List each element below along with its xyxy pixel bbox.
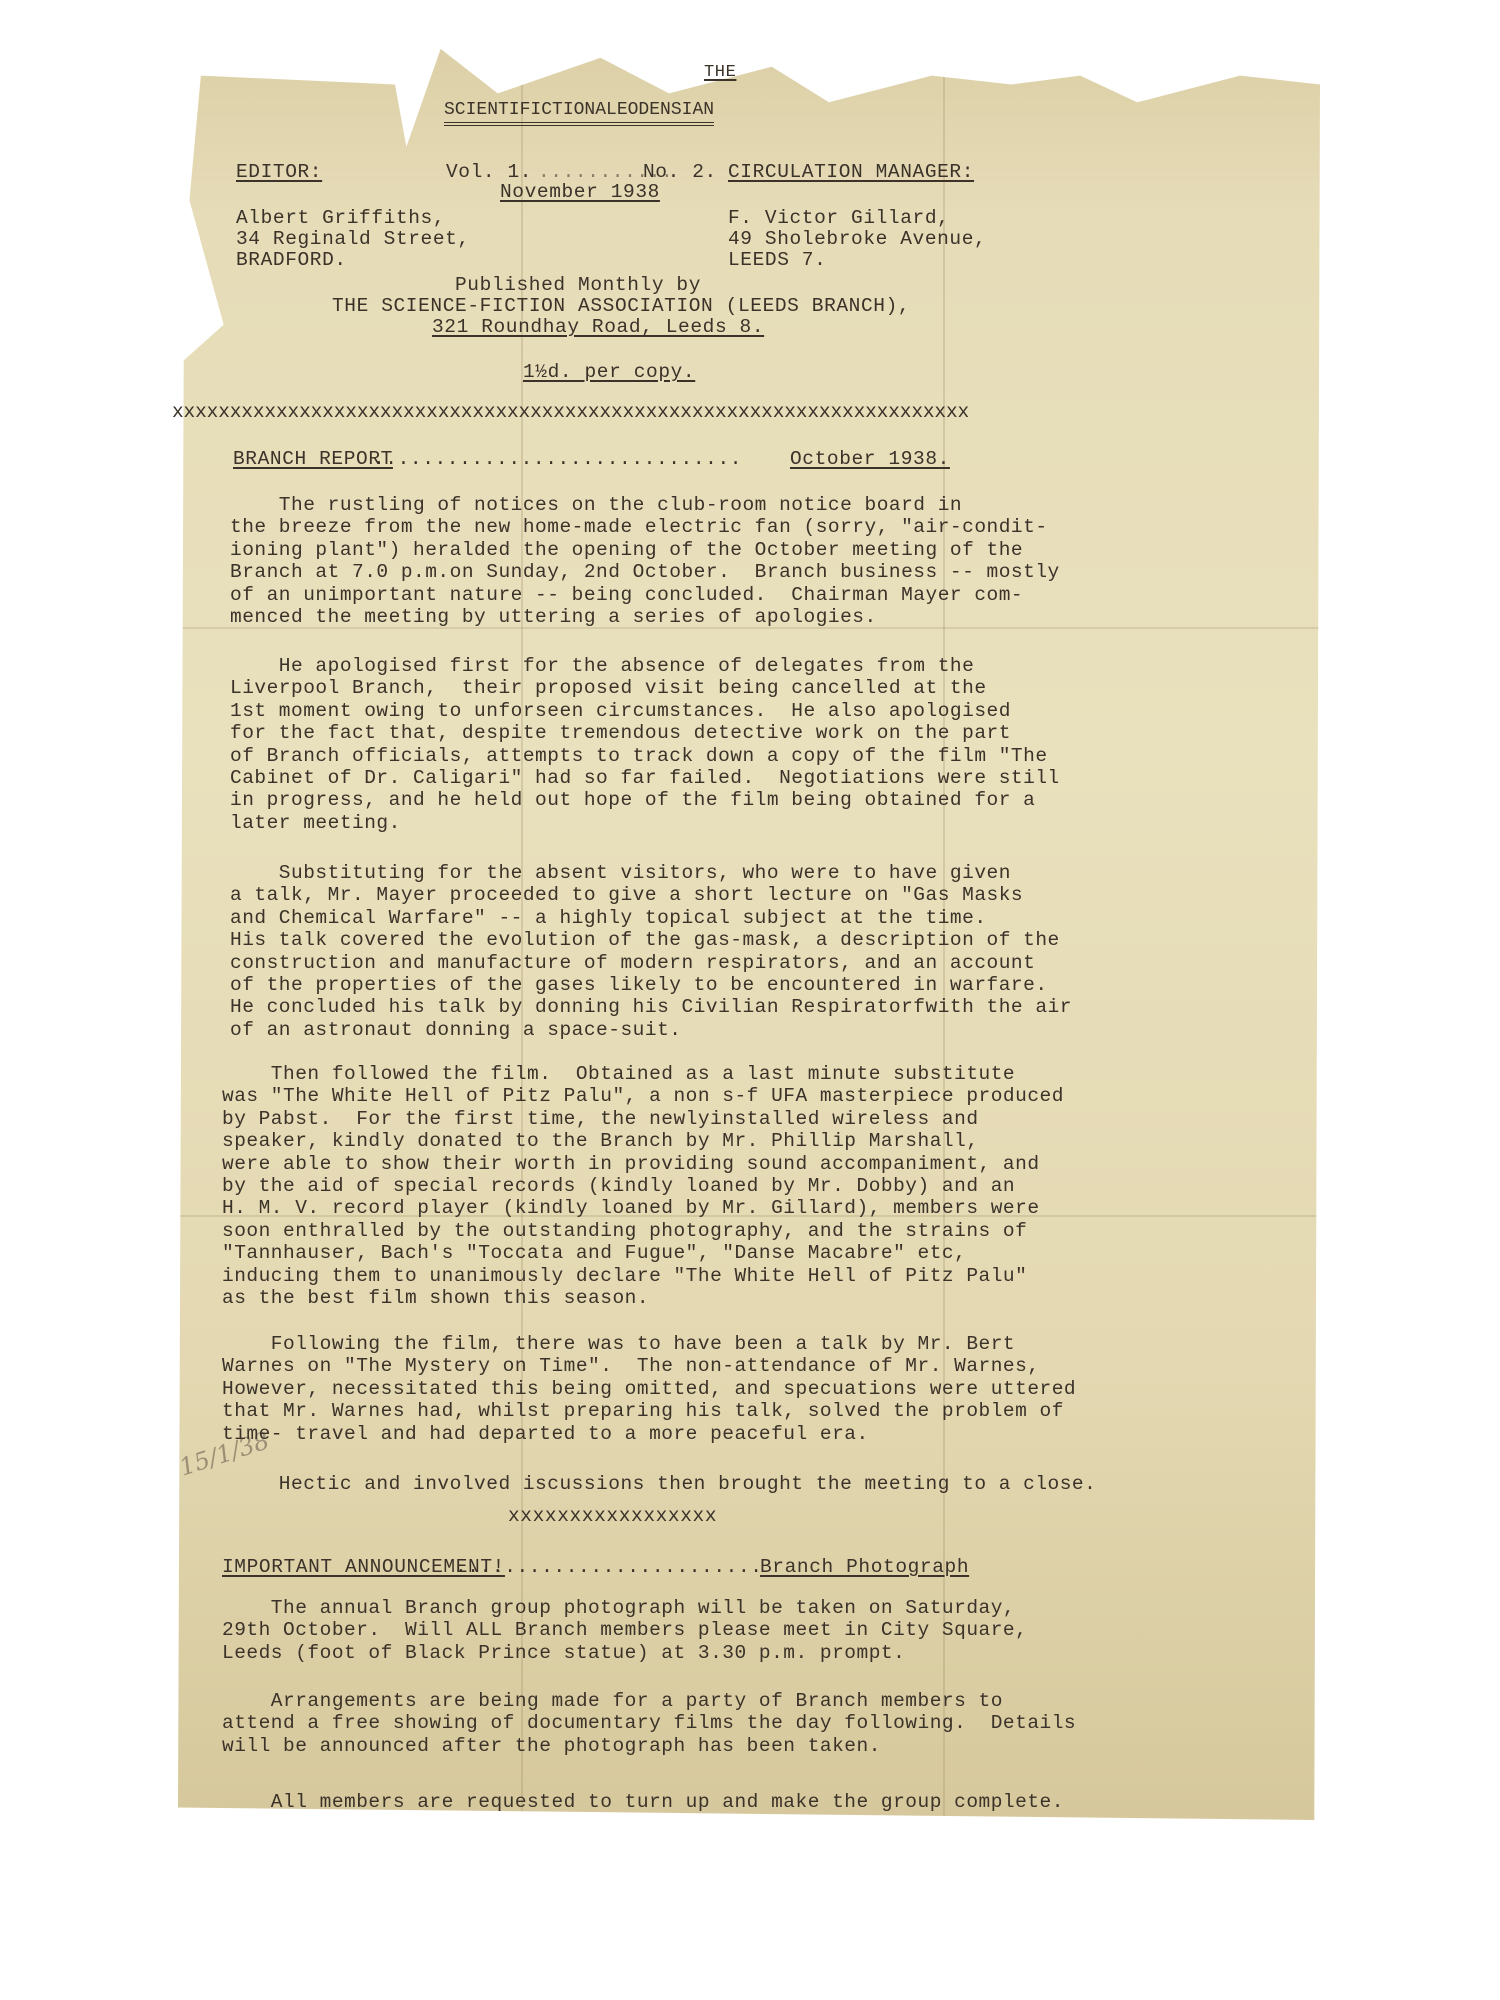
published-by: Published Monthly by [455, 275, 701, 296]
circulation-manager-label: CIRCULATION MANAGER: [728, 162, 974, 183]
masthead-title: SCIENTIFICTIONALEODENSIAN [444, 100, 714, 126]
volume-number: Vol. 1. [446, 162, 532, 183]
announcement-leader: ......................... [455, 1557, 763, 1578]
editor-label: EDITOR: [236, 162, 322, 183]
publisher-address: 321 Roundhay Road, Leeds 8. [432, 317, 764, 338]
editor-street: 34 Reginald Street, [236, 229, 470, 250]
editor-town: BRADFORD. [236, 250, 347, 271]
issue-number: No. 2. [643, 162, 717, 183]
circulation-town: LEEDS 7. [728, 250, 826, 271]
editor-name: Albert Griffiths, [236, 208, 445, 229]
report-paragraph-film: Then followed the film. Obtained as a la… [222, 1063, 1064, 1309]
circulation-street: 49 Sholebroke Avenue, [728, 229, 986, 250]
issue-date: November 1938 [500, 182, 660, 203]
announcement-paragraph-documentaries: Arrangements are being made for a party … [222, 1690, 1076, 1757]
masthead-divider: xxxxxxxxxxxxxxxxxxxxxxxxxxxxxxxxxxxxxxxx… [172, 402, 969, 423]
announcement-subject: Branch Photograph [760, 1557, 969, 1578]
report-paragraph-apologies: He apologised first for the absence of d… [230, 655, 1060, 834]
price: 1½d. per copy. [523, 362, 695, 383]
report-paragraph-gas-masks: Substituting for the absent visitors, wh… [230, 862, 1072, 1041]
circulation-name: F. Victor Gillard, [728, 208, 949, 229]
branch-report-heading: BRANCH REPORT [233, 449, 393, 470]
branch-report-date: October 1938. [790, 449, 950, 470]
announcement-paragraph-attendance: All members are requested to turn up and… [222, 1791, 1064, 1813]
report-paragraph-opening: The rustling of notices on the club-room… [230, 494, 1060, 628]
report-paragraph-warnes-talk: Following the film, there was to have be… [222, 1333, 1076, 1445]
branch-report-leader: .............................. [373, 449, 742, 470]
announcement-paragraph-photograph: The annual Branch group photograph will … [222, 1597, 1027, 1664]
publisher-name: THE SCIENCE-FICTION ASSOCIATION (LEEDS B… [332, 296, 910, 317]
masthead-the: THE [704, 62, 736, 83]
report-end-divider: xxxxxxxxxxxxxxxxx [508, 1506, 717, 1527]
report-paragraph-close: Hectic and involved iscussions then brou… [230, 1473, 1096, 1495]
